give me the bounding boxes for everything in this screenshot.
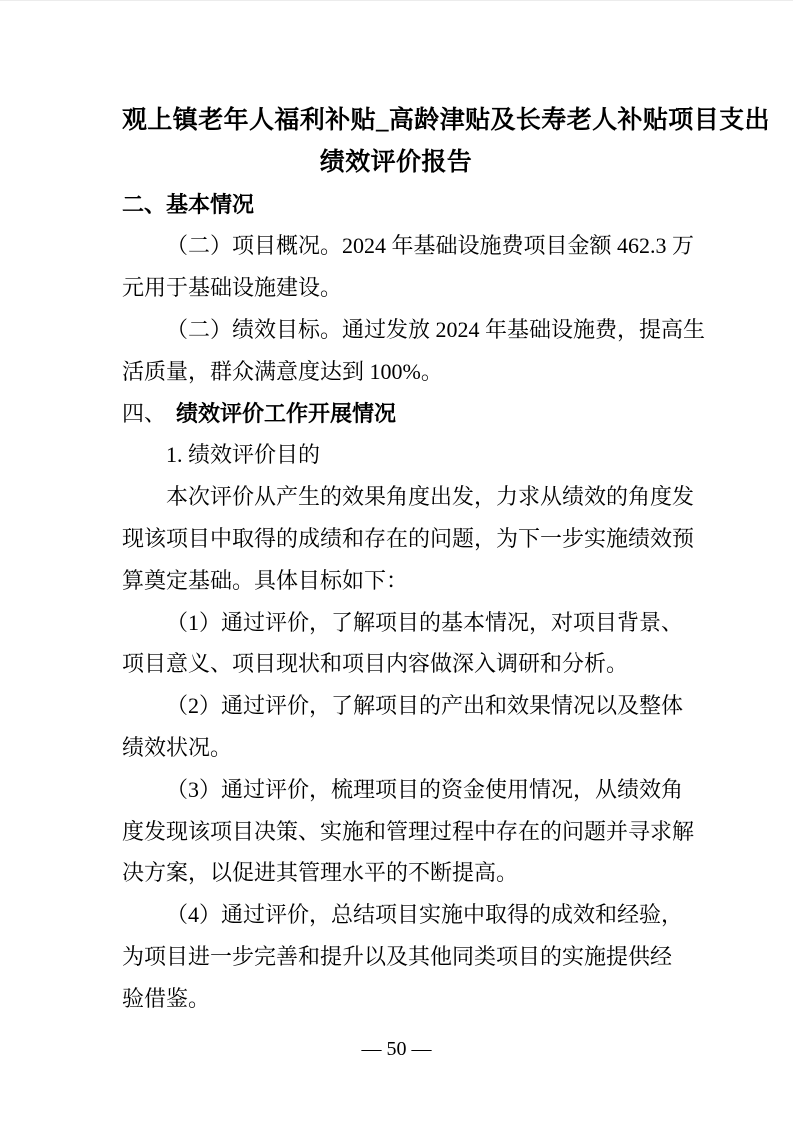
para-objective1-line-1: （1）通过评价，了解项目的基本情况，对项目背景、: [122, 602, 670, 644]
document-content: 观上镇老年人福利补贴_高龄津贴及长寿老人补贴项目支出 绩效评价报告 二、基本情况…: [122, 100, 670, 1020]
para-purpose-line-3: 算奠定基础。具体目标如下：: [122, 560, 670, 602]
para-objective2-line-1: （2）通过评价，了解项目的产出和效果情况以及整体: [122, 685, 670, 727]
section-heading-evaluation-work: 四、绩效评价工作开展情况: [122, 393, 670, 435]
para-objective3-line-2: 度发现该项目决策、实施和管理过程中存在的问题并寻求解: [122, 811, 670, 853]
section-heading-basic-info: 二、基本情况: [122, 184, 670, 226]
para-objective4-line-2: 为项目进一步完善和提升以及其他同类项目的实施提供经: [122, 936, 670, 978]
para-objective3-line-1: （3）通过评价，梳理项目的资金使用情况，从绩效角: [122, 769, 670, 811]
para-purpose-line-1: 本次评价从产生的效果角度出发，力求从绩效的角度发: [122, 476, 670, 518]
sub-heading-purpose: 1. 绩效评价目的: [122, 434, 670, 476]
para-objective4-line-3: 验借鉴。: [122, 978, 670, 1020]
section-number: 四、: [122, 401, 166, 426]
section-heading-text: 绩效评价工作开展情况: [176, 401, 396, 426]
para-goal-line-2: 活质量，群众满意度达到 100%。: [122, 351, 670, 393]
document-title-line-1: 观上镇老年人福利补贴_高龄津贴及长寿老人补贴项目支出: [122, 100, 670, 142]
para-overview-line-1: （二）项目概况。2024 年基础设施费项目金额 462.3 万: [122, 225, 670, 267]
para-purpose-line-2: 现该项目中取得的成绩和存在的问题，为下一步实施绩效预: [122, 518, 670, 560]
para-objective2-line-2: 绩效状况。: [122, 727, 670, 769]
document-page: 观上镇老年人福利补贴_高龄津贴及长寿老人补贴项目支出 绩效评价报告 二、基本情况…: [0, 0, 793, 1122]
para-overview-line-2: 元用于基础设施建设。: [122, 267, 670, 309]
document-title-line-2: 绩效评价报告: [122, 142, 670, 184]
para-objective3-line-3: 决方案，以促进其管理水平的不断提高。: [122, 852, 670, 894]
para-goal-line-1: （二）绩效目标。通过发放 2024 年基础设施费，提高生: [122, 309, 670, 351]
para-objective1-line-2: 项目意义、项目现状和项目内容做深入调研和分析。: [122, 643, 670, 685]
page-number: — 50 —: [0, 1037, 793, 1061]
para-objective4-line-1: （4）通过评价，总结项目实施中取得的成效和经验，: [122, 894, 670, 936]
